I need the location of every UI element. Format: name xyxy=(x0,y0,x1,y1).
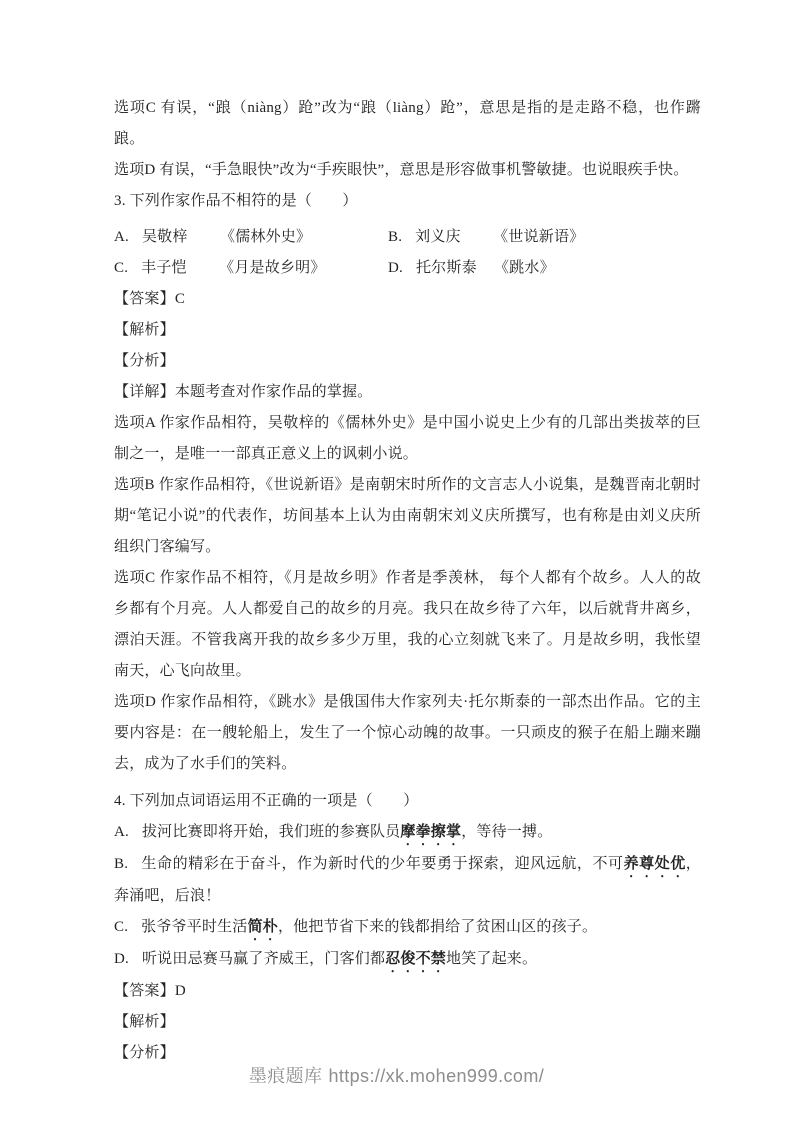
option-author: 吴敬梓 xyxy=(142,222,204,253)
option-work: 《儒林外史》 xyxy=(220,229,311,245)
q3-jiexi-label: 【解析】 xyxy=(114,315,701,346)
q3-detail-paragraph-b: 选项B 作家作品相符，《世说新语》是南朝宋时所作的文言志人小说集，是魏晋南北朝时… xyxy=(114,470,701,563)
emphasized-term: 忍俊不禁 xyxy=(385,951,446,967)
option-author: 刘义庆 xyxy=(415,222,477,253)
option-author: 丰子恺 xyxy=(141,253,203,284)
option-work: 《世说新语》 xyxy=(493,229,584,245)
q3-option-c: C.丰子恺《月是故乡明》 xyxy=(114,253,388,284)
emphasized-term: 简朴 xyxy=(248,919,278,935)
q3-option-d: D.托尔斯泰《跳水》 xyxy=(388,253,701,284)
document-page: 选项C 有误，“踉（niàng）跄”改为“踉（liàng）跄”，意思是指的是走路… xyxy=(114,93,701,1069)
option-text-post: ，等待一搏。 xyxy=(461,824,552,840)
q3-detail-paragraph-a: 选项A 作家作品相符，吴敬梓的《儒林外史》是中国小说史上少有的几部出类拔萃的巨制… xyxy=(114,408,701,470)
option-label: D. xyxy=(388,253,403,284)
option-work: 《月是故乡明》 xyxy=(219,260,325,276)
option-text-pre: 张爷爷平时生活 xyxy=(141,919,247,935)
detail-intro: 本题考查对作家作品的掌握。 xyxy=(175,384,373,400)
q4-option-c: C.张爷爷平时生活简朴，他把节省下来的钱都捐给了贫困山区的孩子。 xyxy=(114,912,701,944)
q3-detail-paragraph-d: 选项D 作家作品相符，《跳水》是俄国伟大作家列夫·托尔斯泰的一部杰出作品。它的主… xyxy=(114,687,701,780)
q3-detail-paragraph-c: 选项C 作家作品不相符，《月是故乡明》作者是季羡林， 每个人都有个故乡。人人的故… xyxy=(114,563,701,687)
footer-credit: 墨痕题库https://xk.mohen999.com/ xyxy=(0,1062,793,1088)
option-text-pre: 听说田忌赛马赢了齐威王，门客们都 xyxy=(142,951,385,967)
q3-option-b: B.刘义庆《世说新语》 xyxy=(388,222,701,253)
explanation-option-d: 选项D 有误，“手急眼快”改为“手疾眼快”，意思是形容做事机警敏捷。也说眼疾手快… xyxy=(114,155,701,186)
option-label: B. xyxy=(114,849,128,880)
answer-value: C xyxy=(175,291,185,307)
q3-fenxi-label: 【分析】 xyxy=(114,346,701,377)
option-text-pre: 生命的精彩在于奋斗，作为新时代的少年要勇于探索，迎风远航，不可 xyxy=(141,856,623,872)
explanation-option-c: 选项C 有误，“踉（niàng）跄”改为“踉（liàng）跄”，意思是指的是走路… xyxy=(114,93,701,155)
option-label: A. xyxy=(114,817,129,848)
option-label: C. xyxy=(114,912,128,943)
q3-detail-intro-line: 【详解】本题考查对作家作品的掌握。 xyxy=(114,377,701,408)
option-label: A. xyxy=(114,222,129,253)
answer-value: D xyxy=(175,983,186,999)
answer-label: 【答案】 xyxy=(114,291,175,307)
answer-label: 【答案】 xyxy=(114,983,175,999)
option-text-post: ，他把节省下来的钱都捐给了贫困山区的孩子。 xyxy=(278,919,597,935)
q4-option-d: D.听说田忌赛马赢了齐威王，门客们都忍俊不禁地笑了起来。 xyxy=(114,944,701,976)
question-3-stem: 3. 下列作家作品不相符的是（ ） xyxy=(114,186,701,217)
option-work: 《跳水》 xyxy=(494,260,555,276)
option-text-pre: 拔河比赛即将开始，我们班的参赛队员 xyxy=(142,824,400,840)
option-label: B. xyxy=(388,222,402,253)
q4-option-b: B.生命的精彩在于奋斗，作为新时代的少年要勇于探索，迎风远航，不可养尊处优，奔涌… xyxy=(114,849,701,912)
q4-jiexi-label: 【解析】 xyxy=(114,1007,701,1038)
q3-option-a: A.吴敬梓《儒林外史》 xyxy=(114,222,388,253)
option-label: D. xyxy=(114,944,129,975)
q4-option-a: A.拔河比赛即将开始，我们班的参赛队员摩拳擦掌，等待一搏。 xyxy=(114,817,701,849)
emphasized-term: 养尊处优 xyxy=(624,856,686,872)
option-label: C. xyxy=(114,253,128,284)
q3-answer-line: 【答案】C xyxy=(114,284,701,315)
footer-site-url: https://xk.mohen999.com/ xyxy=(328,1066,544,1086)
option-author: 托尔斯泰 xyxy=(416,253,478,284)
footer-site-name: 墨痕题库 xyxy=(249,1066,323,1086)
question-4-stem: 4. 下列加点词语运用不正确的一项是（ ） xyxy=(114,786,701,817)
q4-answer-line: 【答案】D xyxy=(114,976,701,1007)
question-3-options: A.吴敬梓《儒林外史》 B.刘义庆《世说新语》 C.丰子恺《月是故乡明》 D.托… xyxy=(114,222,701,284)
option-text-post: 地笑了起来。 xyxy=(446,951,537,967)
emphasized-term: 摩拳擦掌 xyxy=(400,824,461,840)
detail-label: 【详解】 xyxy=(114,384,175,400)
